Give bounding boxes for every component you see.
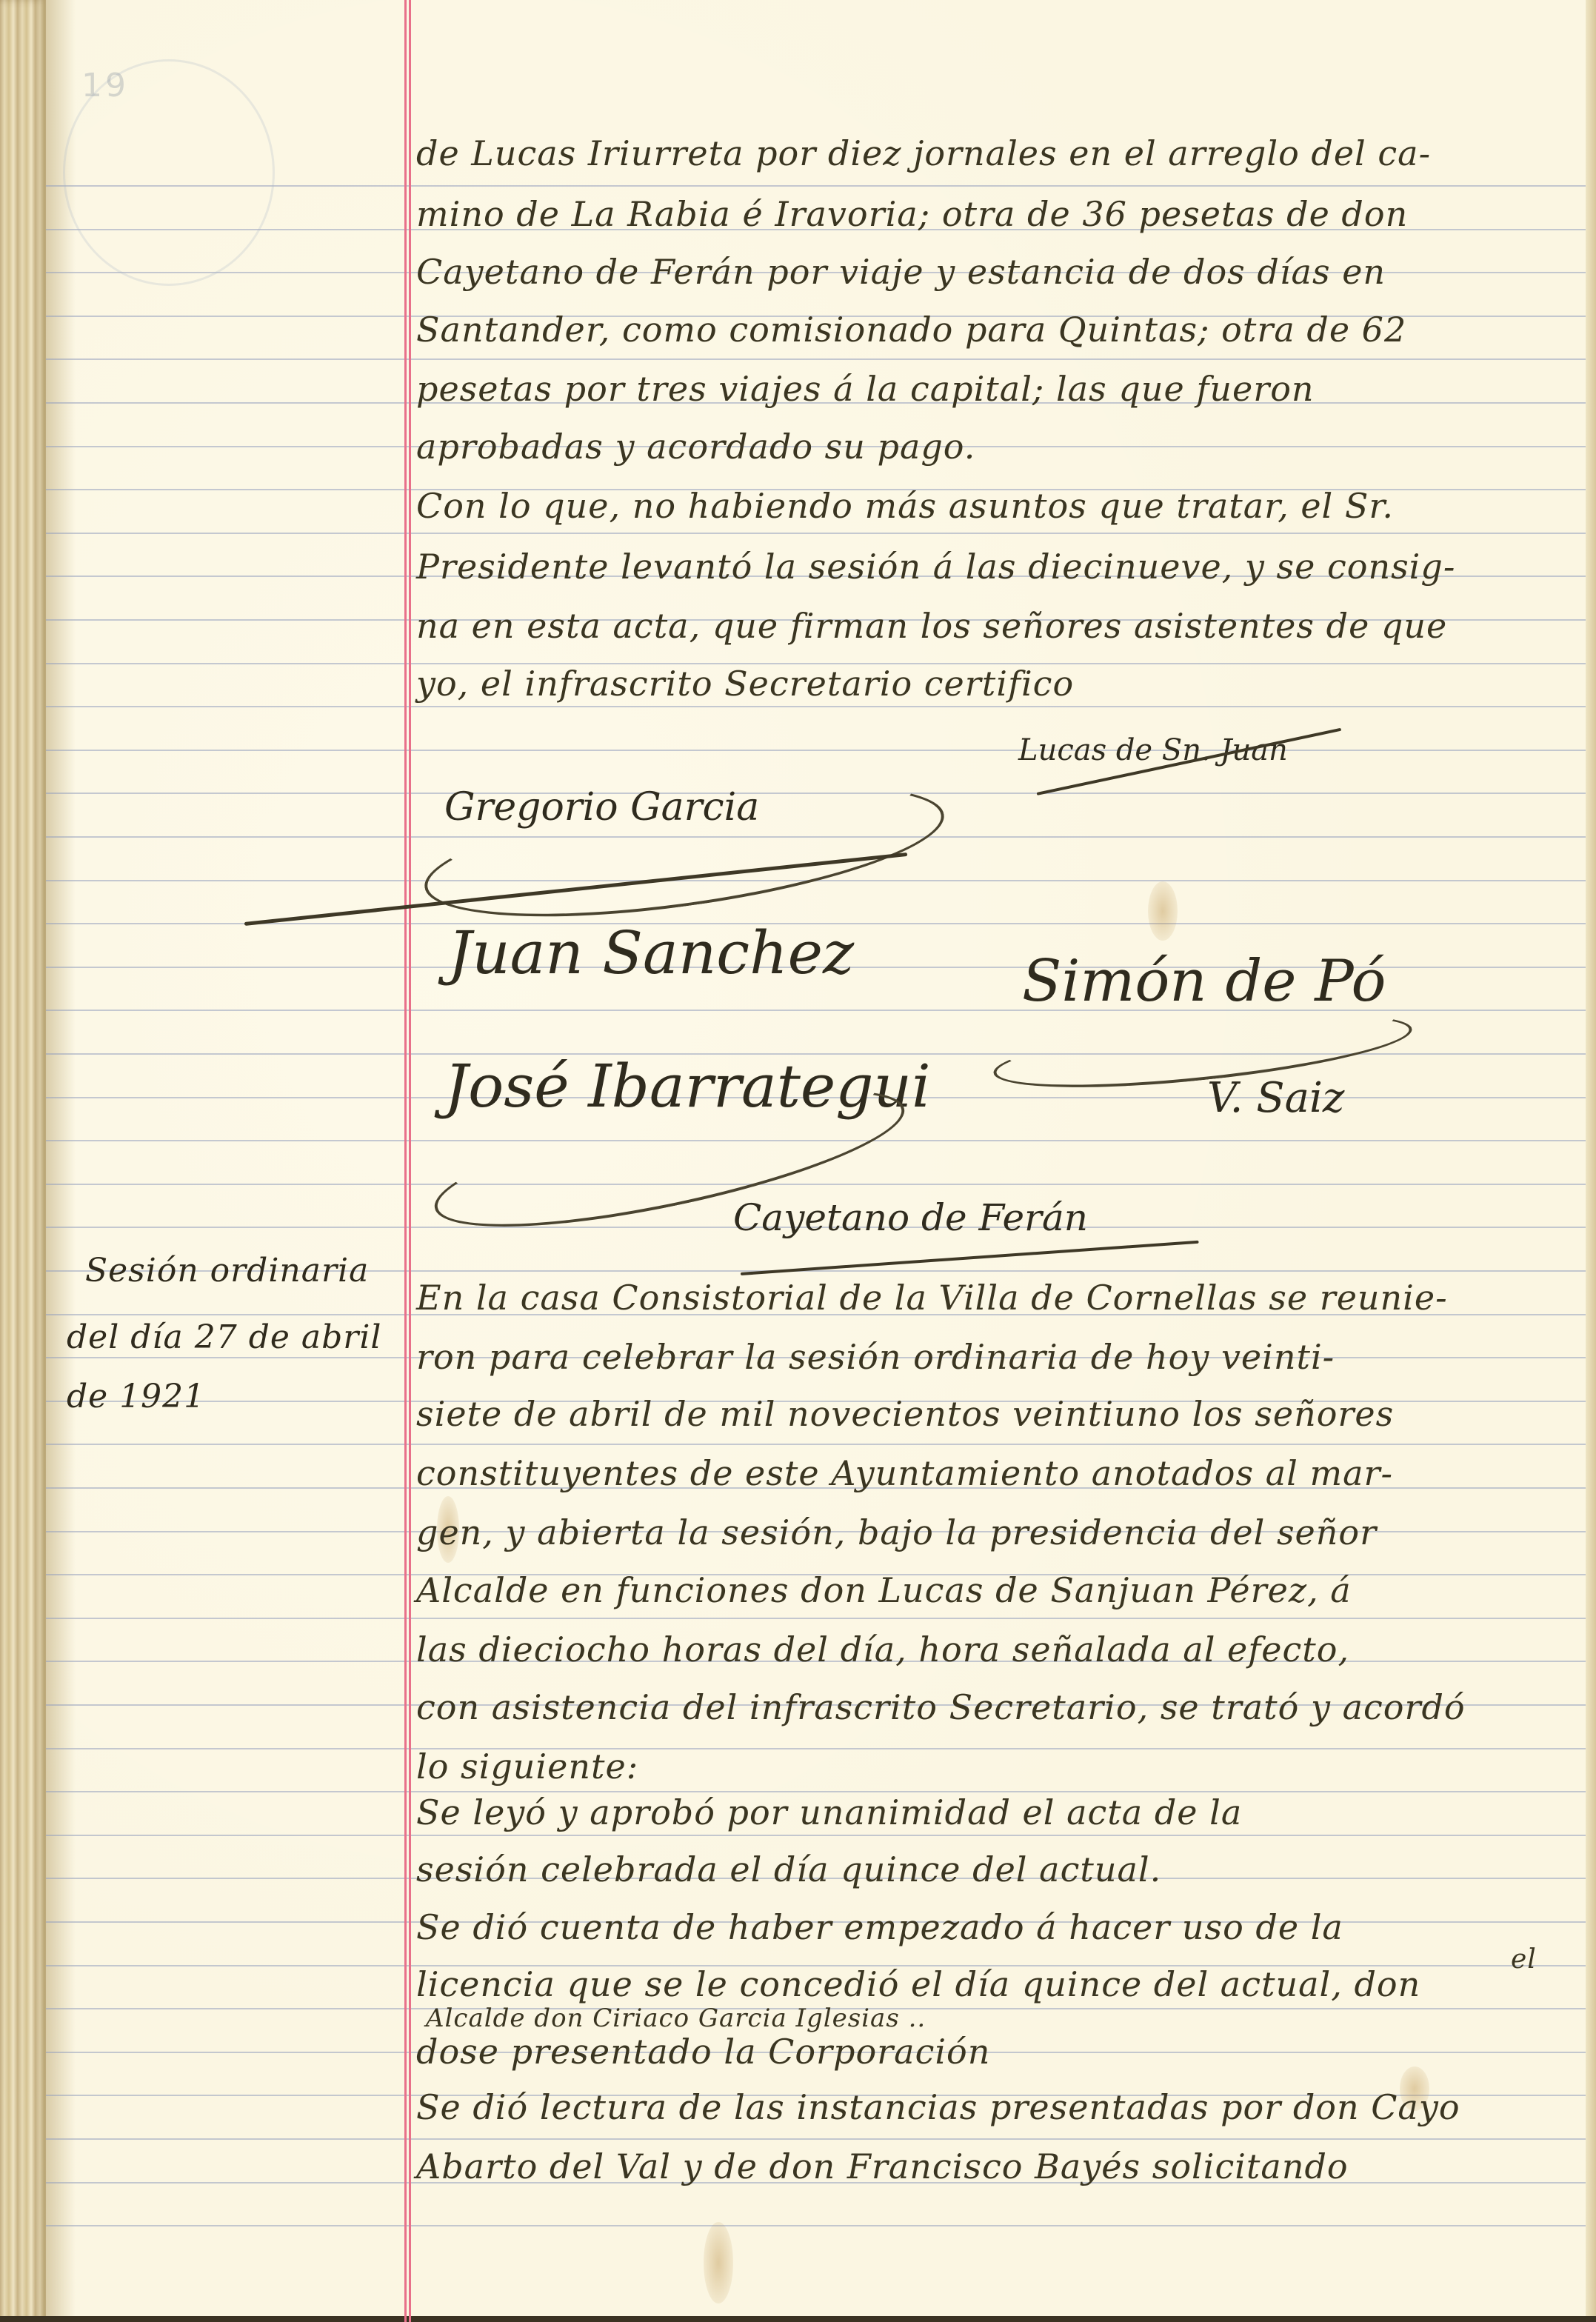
ruled-line (46, 706, 1586, 707)
binding-shadow (46, 0, 76, 2322)
text-line: na en esta acta, que firman los señores … (416, 606, 1572, 646)
text-line: las dieciocho horas del día, hora señala… (416, 1629, 1572, 1669)
text-line: dose presentado la Corporación (416, 2032, 1572, 2072)
text-line: Con lo que, no habiendo más asuntos que … (416, 486, 1572, 526)
text-line: constituyentes de este Ayuntamiento anot… (416, 1453, 1572, 1493)
page-bottom-edge (0, 2316, 1596, 2322)
text-line: mino de La Rabia é Iravoria; otra de 36 … (416, 194, 1572, 234)
interlinear-mark: el (1511, 1944, 1537, 1975)
text-line: siete de abril de mil novecientos veinti… (416, 1394, 1572, 1434)
text-line: En la casa Consistorial de la Villa de C… (416, 1278, 1572, 1318)
page-binding-edges (0, 0, 46, 2322)
text-line: gen, y abierta la sesión, bajo la presid… (416, 1512, 1572, 1552)
ledger-page: 19 de Lucas Iriurreta por diez jornales … (0, 0, 1596, 2322)
text-line: licencia que se le concedió el día quinc… (416, 1964, 1572, 2004)
text-line: Se dió lectura de las instancias present… (416, 2087, 1572, 2127)
ruled-line (46, 1444, 1586, 1445)
ruled-line (46, 2225, 1586, 2226)
signature-flourish (990, 1001, 1415, 1102)
margin-heading-line: del día 27 de abril (67, 1318, 381, 1356)
interlinear-insert: Alcalde don Ciriaco Garcia Iglesias .. (426, 2004, 926, 2033)
signature-sain: V. Saiz (1207, 1074, 1344, 1122)
text-line: lo siguiente: (416, 1746, 1572, 1786)
ruled-line (46, 750, 1586, 751)
text-line: Alcalde en funciones don Lucas de Sanjua… (416, 1570, 1572, 1610)
text-line: Presidente levantó la sesión á las dieci… (416, 547, 1572, 587)
ink-stain (1148, 881, 1178, 941)
text-line: con asistencia del infrascrito Secretari… (416, 1687, 1572, 1727)
signature-juan: Juan Sanchez (448, 918, 854, 987)
ink-stain (704, 2222, 733, 2303)
ruled-line (46, 358, 1586, 360)
margin-heading-line: de 1921 (67, 1378, 205, 1415)
text-line: aprobadas y acordado su pago. (416, 427, 1572, 467)
text-line: yo, el infrascrito Secretario certifico (416, 664, 1572, 704)
text-line: Se dió cuenta de haber empezado á hacer … (416, 1907, 1572, 1947)
text-line: pesetas por tres viajes á la capital; la… (416, 369, 1572, 409)
ruled-line (46, 1835, 1586, 1836)
signature-simon: Simón de Pó (1022, 948, 1386, 1015)
ruled-line (46, 1184, 1586, 1185)
text-line: Se leyó y aprobó por unanimidad el acta … (416, 1792, 1572, 1832)
page-right-edge (1586, 0, 1596, 2322)
faint-page-number: 19 (81, 67, 129, 104)
text-line: sesión celebrada el día quince del actua… (416, 1849, 1572, 1889)
margin-line-right (409, 0, 411, 2322)
text-line: Cayetano de Ferán por viaje y estancia d… (416, 252, 1572, 292)
text-line: Santander, como comisionado para Quintas… (416, 310, 1572, 350)
ruled-line (46, 533, 1586, 534)
ruled-line (46, 2138, 1586, 2140)
text-line: de Lucas Iriurreta por diez jornales en … (416, 133, 1572, 173)
ruled-line (46, 1618, 1586, 1619)
signature-cayetano: Cayetano de Ferán (733, 1196, 1088, 1239)
text-line: ron para celebrar la sesión ordinaria de… (416, 1337, 1572, 1377)
margin-line-left (404, 0, 407, 2322)
margin-heading-line: Sesión ordinaria (85, 1252, 369, 1290)
text-line: Abarto del Val y de don Francisco Bayés … (416, 2146, 1572, 2186)
ruled-line (46, 185, 1586, 187)
